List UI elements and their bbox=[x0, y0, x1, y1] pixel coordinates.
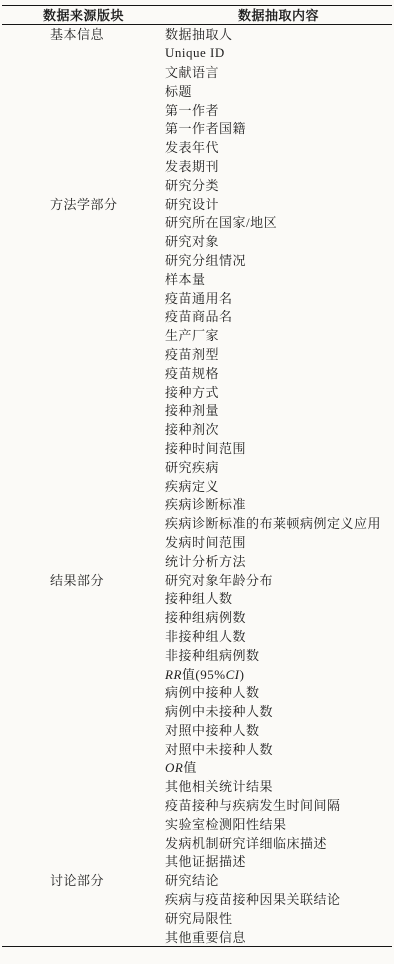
table-row: 样本量 bbox=[2, 269, 392, 288]
table-row: 接种组病例数 bbox=[2, 607, 392, 626]
extract-item-cell: 疾病诊断标准的布莱顿病例定义应用 bbox=[165, 513, 392, 532]
table-row: 疫苗规格 bbox=[2, 363, 392, 382]
extract-item-cell: 其他相关统计结果 bbox=[165, 776, 392, 795]
table-row: 其他相关统计结果 bbox=[2, 776, 392, 795]
extract-item-cell: 疾病与疫苗接种因果关联结论 bbox=[165, 889, 392, 908]
table-row: OR值 bbox=[2, 758, 392, 777]
extract-item-cell: 研究疾病 bbox=[165, 457, 392, 476]
table-row: 统计分析方法 bbox=[2, 551, 392, 570]
column-header-source-block: 数据来源版块 bbox=[2, 5, 165, 24]
table-row: 实验室检测阳性结果 bbox=[2, 814, 392, 833]
extract-item-cell: Unique ID bbox=[165, 45, 392, 61]
table-row: 方法学部分 研究设计 bbox=[2, 194, 392, 213]
extract-item-cell: 发表年代 bbox=[165, 137, 392, 156]
extract-item-cell: 疫苗规格 bbox=[165, 363, 392, 382]
table-row: 对照中未接种人数 bbox=[2, 739, 392, 758]
extract-item-cell: 研究分类 bbox=[165, 175, 392, 194]
table-row: 对照中接种人数 bbox=[2, 720, 392, 739]
extract-item-cell: 其他重要信息 bbox=[165, 927, 392, 946]
source-block-cell: 结果部分 bbox=[2, 570, 165, 589]
table-row: 发表期刊 bbox=[2, 156, 392, 175]
table-row: 疾病与疫苗接种因果关联结论 bbox=[2, 889, 392, 908]
table-row: 第一作者国籍 bbox=[2, 118, 392, 137]
extract-item-cell: 非接种组病例数 bbox=[165, 645, 392, 664]
table-row: 讨论部分 研究结论 bbox=[2, 870, 392, 889]
table-row: 非接种组病例数 bbox=[2, 645, 392, 664]
extract-item-cell: 发病机制研究详细临床描述 bbox=[165, 833, 392, 852]
extract-item-cell: 疫苗商品名 bbox=[165, 306, 392, 325]
table-row: 发病时间范围 bbox=[2, 532, 392, 551]
extract-item-cell: 生产厂家 bbox=[165, 325, 392, 344]
extract-item-cell: OR值 bbox=[165, 757, 392, 776]
extract-item-cell: 研究结论 bbox=[165, 870, 392, 889]
table-row: 接种剂次 bbox=[2, 419, 392, 438]
table-row: 基本信息 数据抽取人 bbox=[2, 25, 392, 44]
source-block-cell: 基本信息 bbox=[2, 24, 165, 43]
table-row: 发病机制研究详细临床描述 bbox=[2, 833, 392, 852]
extract-item-cell: 研究分组情况 bbox=[165, 250, 392, 269]
table-row: 研究分类 bbox=[2, 175, 392, 194]
extract-item-cell: 病例中接种人数 bbox=[165, 682, 392, 701]
extract-item-cell: 其他证据描述 bbox=[165, 851, 392, 870]
table-row: 标题 bbox=[2, 81, 392, 100]
table-row: 其他重要信息 bbox=[2, 927, 392, 946]
extract-item-cell: 疫苗通用名 bbox=[165, 288, 392, 307]
extract-item-cell: 研究局限性 bbox=[165, 908, 392, 927]
table-row: 文献语言 bbox=[2, 62, 392, 81]
table-row: 接种组人数 bbox=[2, 588, 392, 607]
table-row: Unique ID bbox=[2, 43, 392, 62]
extract-item-cell: 发病时间范围 bbox=[165, 532, 392, 551]
source-block-cell: 讨论部分 bbox=[2, 870, 165, 889]
table-row: 接种方式 bbox=[2, 382, 392, 401]
table-row: 疫苗商品名 bbox=[2, 306, 392, 325]
extract-item-cell: 接种组病例数 bbox=[165, 607, 392, 626]
extract-item-cell: 发表期刊 bbox=[165, 156, 392, 175]
paper-table-page: 数据来源版块 数据抽取内容 基本信息 数据抽取人 Unique ID 文献语言 … bbox=[0, 0, 394, 964]
text-run: ) bbox=[240, 667, 245, 682]
extract-item-cell: 接种组人数 bbox=[165, 588, 392, 607]
text-run: 值 bbox=[183, 760, 197, 775]
extract-item-cell: 第一作者 bbox=[165, 100, 392, 119]
table-row: 病例中未接种人数 bbox=[2, 701, 392, 720]
extract-item-cell: 接种时间范围 bbox=[165, 438, 392, 457]
extract-item-cell: 研究对象 bbox=[165, 231, 392, 250]
text-run: RR bbox=[165, 667, 182, 682]
extract-item-cell: 研究对象年龄分布 bbox=[165, 570, 392, 589]
extract-item-cell: 数据抽取人 bbox=[165, 24, 392, 43]
table-row: 研究局限性 bbox=[2, 908, 392, 927]
extract-item-cell: 标题 bbox=[165, 81, 392, 100]
table-body: 基本信息 数据抽取人 Unique ID 文献语言 标题 第一作者 第一作者国籍… bbox=[2, 25, 392, 947]
column-header-extract-content: 数据抽取内容 bbox=[165, 5, 392, 24]
extract-item-cell: 接种剂次 bbox=[165, 419, 392, 438]
table-row: RR值(95%CI) bbox=[2, 664, 392, 683]
table-row: 研究所在国家/地区 bbox=[2, 212, 392, 231]
extract-item-cell: 实验室检测阳性结果 bbox=[165, 814, 392, 833]
table-row: 接种剂量 bbox=[2, 400, 392, 419]
table-row: 接种时间范围 bbox=[2, 438, 392, 457]
extract-item-cell: 病例中未接种人数 bbox=[165, 701, 392, 720]
extract-item-cell: 第一作者国籍 bbox=[165, 118, 392, 137]
table-row: 疾病诊断标准的布莱顿病例定义应用 bbox=[2, 513, 392, 532]
table-row: 病例中接种人数 bbox=[2, 682, 392, 701]
table-header-row: 数据来源版块 数据抽取内容 bbox=[2, 6, 392, 25]
table-row: 疫苗接种与疾病发生时间间隔 bbox=[2, 795, 392, 814]
table-row: 疾病定义 bbox=[2, 476, 392, 495]
text-run: 值(95% bbox=[182, 667, 226, 682]
extract-item-cell: 疫苗接种与疾病发生时间间隔 bbox=[165, 795, 392, 814]
extract-item-cell: 疾病定义 bbox=[165, 476, 392, 495]
extract-item-cell: 疫苗剂型 bbox=[165, 344, 392, 363]
extract-item-cell: 接种方式 bbox=[165, 382, 392, 401]
table-row: 其他证据描述 bbox=[2, 852, 392, 871]
extract-item-cell: 对照中未接种人数 bbox=[165, 739, 392, 758]
table-row: 研究疾病 bbox=[2, 457, 392, 476]
table-row: 研究对象 bbox=[2, 231, 392, 250]
extract-item-cell: 对照中接种人数 bbox=[165, 720, 392, 739]
table-row: 研究分组情况 bbox=[2, 250, 392, 269]
extract-item-cell: 非接种组人数 bbox=[165, 626, 392, 645]
table-row: 发表年代 bbox=[2, 137, 392, 156]
extract-item-cell: RR值(95%CI) bbox=[165, 664, 392, 683]
text-run: CI bbox=[226, 667, 240, 682]
table-row: 疫苗剂型 bbox=[2, 344, 392, 363]
extract-item-cell: 样本量 bbox=[165, 269, 392, 288]
table-row: 生产厂家 bbox=[2, 325, 392, 344]
table-row: 疫苗通用名 bbox=[2, 288, 392, 307]
source-block-cell: 方法学部分 bbox=[2, 194, 165, 213]
table-row: 第一作者 bbox=[2, 100, 392, 119]
table-row: 结果部分 研究对象年龄分布 bbox=[2, 570, 392, 589]
extract-item-cell: 统计分析方法 bbox=[165, 551, 392, 570]
table-row: 非接种组人数 bbox=[2, 626, 392, 645]
extract-item-cell: 研究所在国家/地区 bbox=[165, 212, 392, 231]
data-extraction-table: 数据来源版块 数据抽取内容 基本信息 数据抽取人 Unique ID 文献语言 … bbox=[2, 5, 392, 947]
extract-item-cell: 文献语言 bbox=[165, 62, 392, 81]
extract-item-cell: 疾病诊断标准 bbox=[165, 494, 392, 513]
extract-item-cell: 接种剂量 bbox=[165, 400, 392, 419]
text-run: OR bbox=[165, 760, 183, 775]
extract-item-cell: 研究设计 bbox=[165, 194, 392, 213]
table-row: 疾病诊断标准 bbox=[2, 494, 392, 513]
